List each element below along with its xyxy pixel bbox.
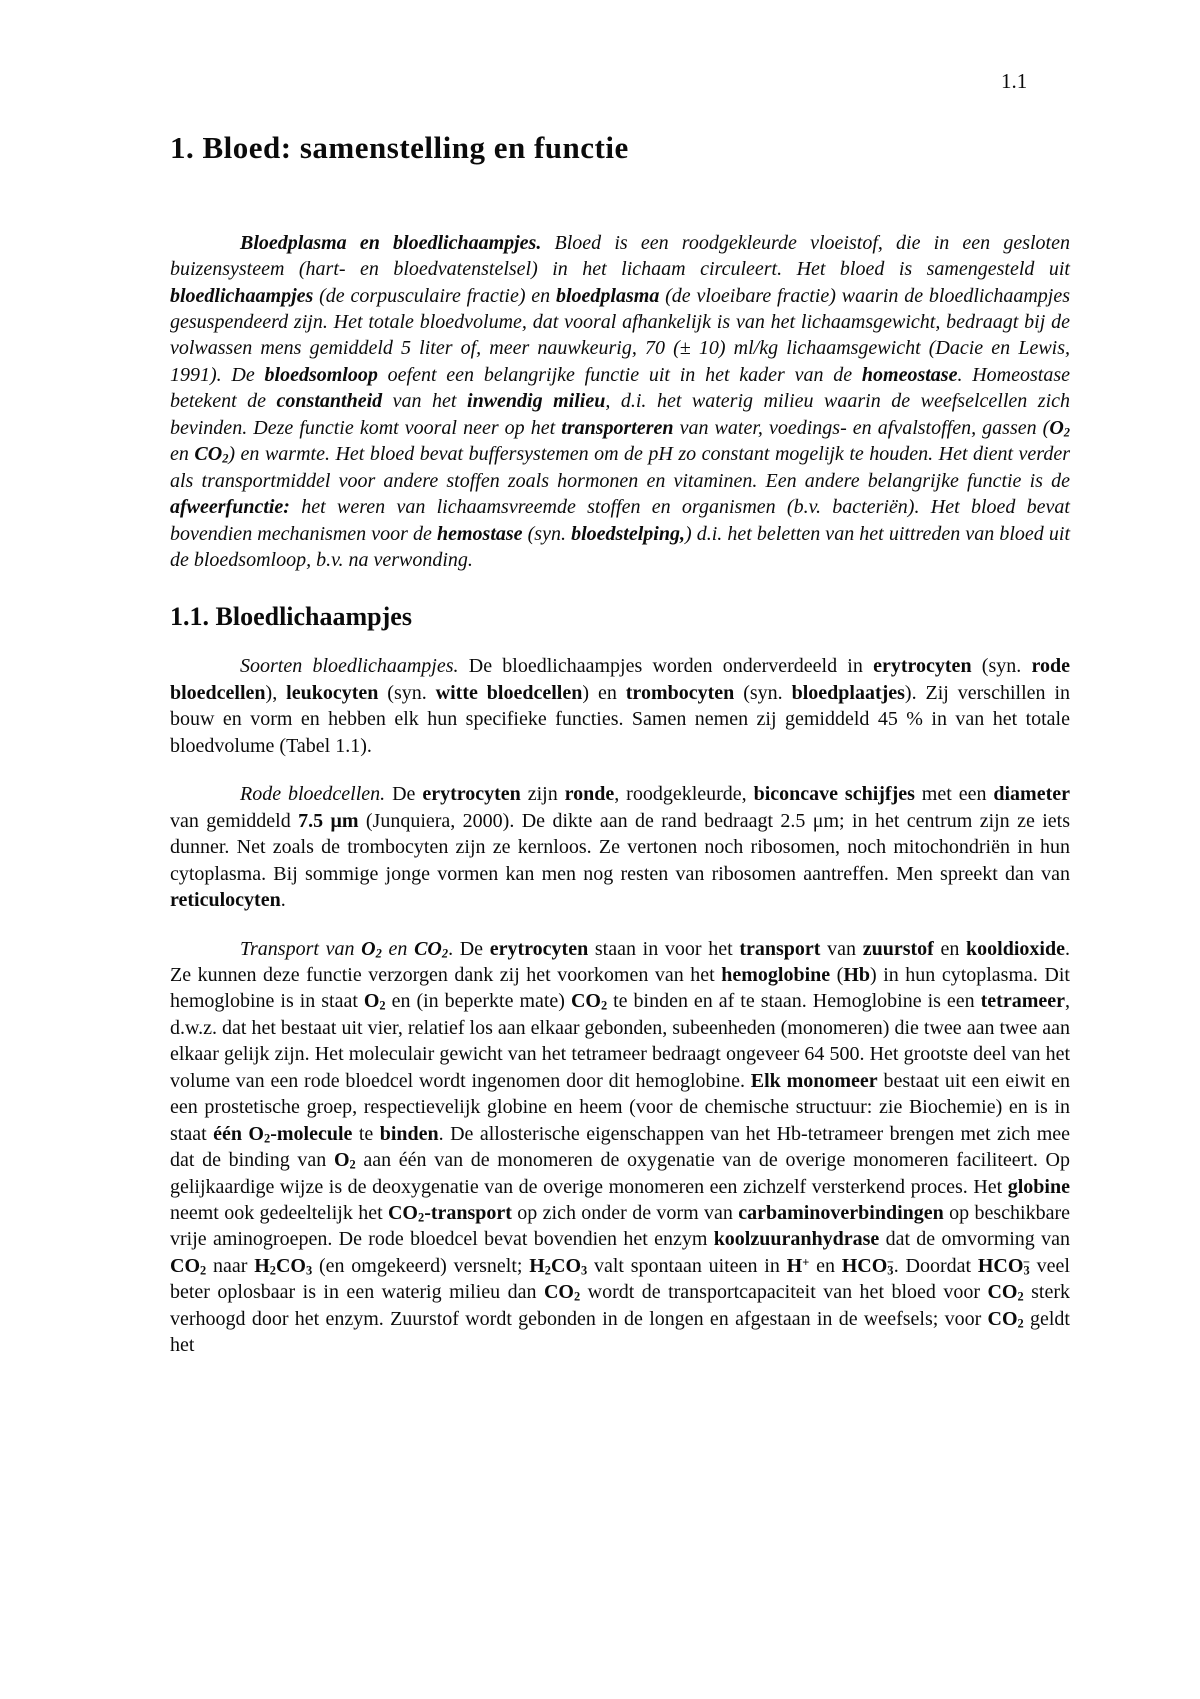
section-title: 1.1. Bloedlichaampjes [170, 574, 1070, 632]
document-page: 1.1 1. Bloed: samenstelling en functie B… [0, 0, 1200, 1699]
chapter-title: 1. Bloed: samenstelling en functie [170, 0, 1070, 166]
paragraph-rode-bloedcellen: Rode bloedcellen. De erytrocyten zijn ro… [170, 781, 1070, 913]
paragraph-soorten-bloedlichaampjes: Soorten bloedlichaampjes. De bloedlichaa… [170, 653, 1070, 759]
paragraph-transport-o2-co2: Transport van O2 en CO2. De erytrocyten … [170, 936, 1070, 1359]
paragraph-bloedplasma-intro: Bloedplasma en bloedlichaampjes. Bloed i… [170, 230, 1070, 574]
page-content: 1. Bloed: samenstelling en functie Bloed… [170, 0, 1070, 1359]
